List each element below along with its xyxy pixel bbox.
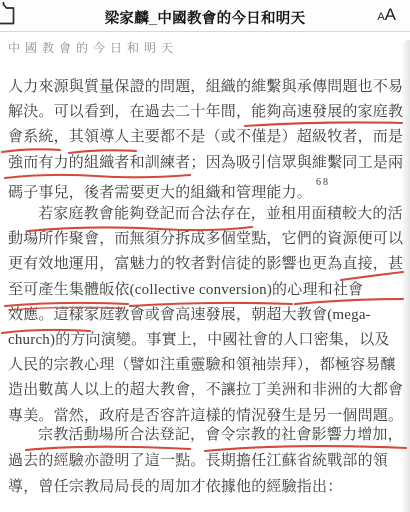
- text-line: 碼子事兒，後者需要更大的組織和管理能力。68: [8, 176, 406, 201]
- paragraph-2: 若家庭教會能夠登記而合法存在，並租用面積較大的活動場所作聚會，而無須分拆成多個堂…: [8, 202, 406, 429]
- running-header: 中國教會的今日和明天: [8, 39, 178, 56]
- reader-topbar: 梁家麟_中國教會的今日和明天 AA: [0, 0, 410, 32]
- text-line: 人力來源與質量保證的問題，組織的維繫與承傳問題也不易: [8, 75, 406, 100]
- back-button[interactable]: [0, 2, 22, 29]
- paragraph-3: 宗教活動場所合法登記，會令宗教的社會影響力增加，過去的經驗亦證明了這一點。長期擔…: [8, 422, 406, 500]
- text-line: 效應。這樣家庭教會或會高速發展，朝超大教會(mega-: [8, 303, 406, 328]
- text-line: 導，曾任宗教局局長的周加才依據他的經驗指出：: [8, 474, 406, 500]
- text-line: 會系統，其領導人主要都不是（或不僅是）超級牧者，而是: [8, 125, 406, 150]
- text-line: 過去的經驗亦證明了這一點。長期擔任江蘇省統戰部的領: [8, 448, 406, 474]
- footnote-ref: 68: [316, 177, 330, 188]
- document-title: 梁家麟_中國教會的今日和明天: [40, 7, 370, 28]
- text-line: 強而有力的組織者和訓練者；因為吸引信眾與維繫同工是兩: [8, 151, 406, 176]
- font-size-button[interactable]: AA: [377, 5, 396, 27]
- text-line: church)的方向演變。事實上，中國社會的人口密集，以及: [8, 328, 406, 353]
- font-size-small-a: A: [377, 11, 384, 23]
- paragraph-1: 人力來源與質量保證的問題，組織的維繫與承傳問題也不易解決。可以看到，在過去二十年…: [8, 75, 406, 201]
- text-line: 宗教活動場所合法登記，會令宗教的社會影響力增加，: [8, 422, 406, 448]
- text-line: 解決。可以看到，在過去二十年間，能夠高速發展的家庭教: [8, 100, 406, 125]
- text-line: 至可產生集體皈依(collective conversion)的心理和社會: [8, 278, 406, 303]
- text-line: 更有效地運用，富魅力的牧者對信徒的影響也更為直接，甚: [8, 252, 406, 277]
- text-line: 造出數萬人以上的超大教會，不讓拉丁美洲和非洲的大都會: [8, 378, 406, 403]
- text-line: 動場所作聚會，而無須分拆成多個堂點，它們的資源便可以: [8, 227, 406, 252]
- text-line: 人民的宗教心理（譬如注重靈驗和領袖崇拜），都極容易釀: [8, 353, 406, 378]
- font-size-big-a: A: [385, 5, 396, 24]
- page-back-icon: [0, 2, 22, 29]
- text-line: 若家庭教會能夠登記而合法存在，並租用面積較大的活: [8, 202, 406, 227]
- reader-app: { "topbar": { "title": "梁家麟_中國教會的今日和明天",…: [0, 0, 410, 512]
